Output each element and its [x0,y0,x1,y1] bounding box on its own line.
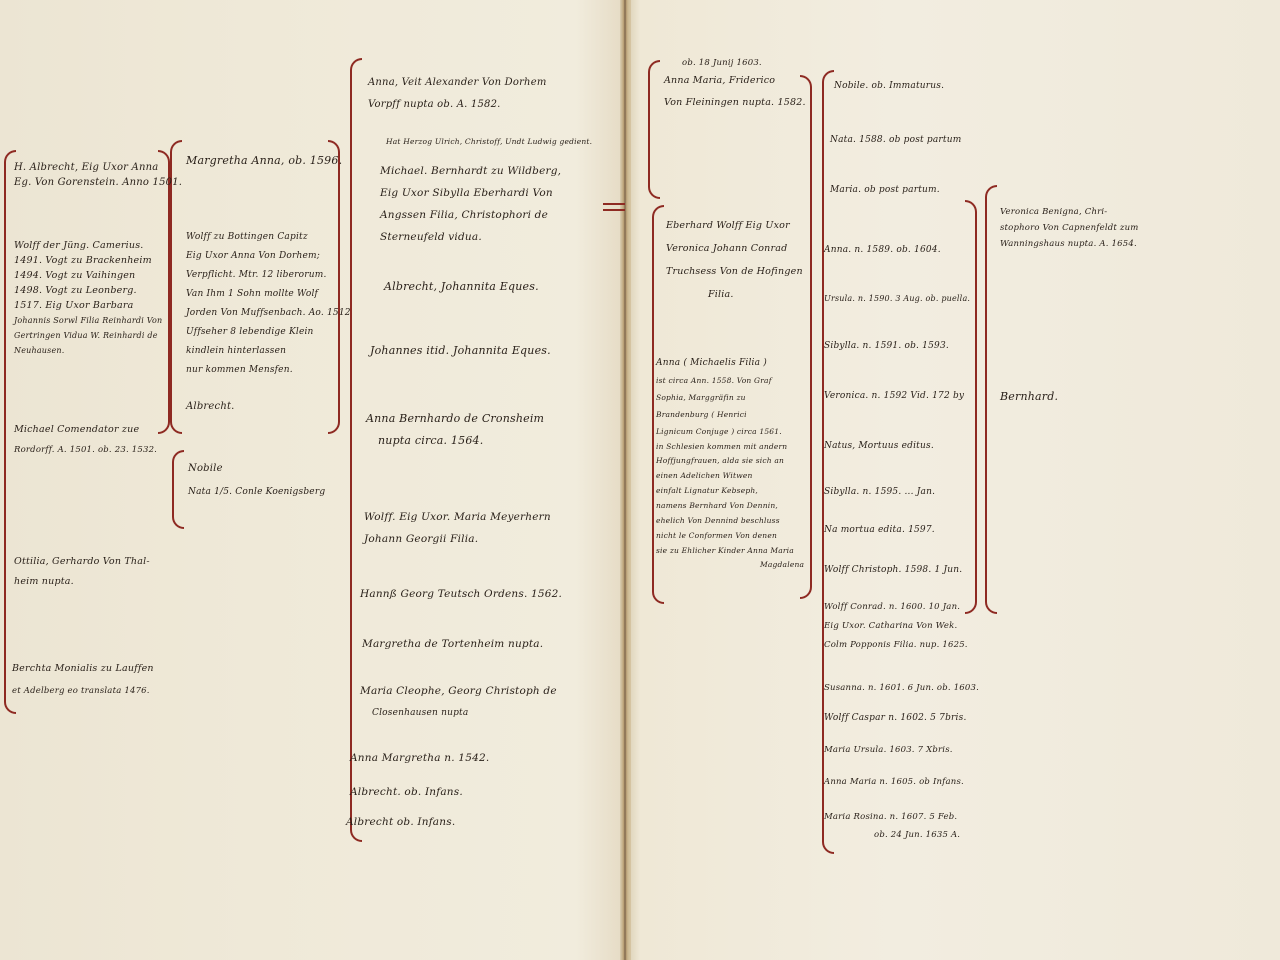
entry-bernhard: Bernhard. [1000,386,1120,407]
entry-anna-maria-1605: Anna Maria n. 1605. ob Infans. [824,772,984,793]
line: Na mortua edita. 1597. [824,520,974,541]
line: Uffseher 8 lebendige Klein [186,323,336,342]
line: heim nupta. [14,572,164,592]
entry-wolff-caspar: Wolff Caspar n. 1602. 5 7bris. [824,708,984,729]
line: Closenhausen nupta [360,702,610,724]
line: nupta circa. 1564. [366,430,606,452]
line: Maria. ob post partum. [830,180,980,201]
line: Maria Ursula. 1603. 7 Xbris. [824,740,984,761]
entry-susanna: Susanna. n. 1601. 6 Jun. ob. 1603. [824,678,984,699]
line: Wolff Christoph. 1598. 1 Jun. [824,560,984,581]
line: Von Fleiningen nupta. 1582. [664,92,824,114]
entry-sibylla-1591: Sibylla. n. 1591. ob. 1593. [824,336,974,357]
entry-anna-bernhardo: Anna Bernhardo de Cronsheim nupta circa.… [366,408,606,452]
entry-berchta: Berchta Monialis zu Lauffen et Adelberg … [12,658,162,702]
line: stophoro Von Capnenfeldt zum [1000,220,1180,236]
line: Natus, Mortuus editus. [824,436,974,457]
entry-ottilia: Ottilia, Gerhardo Von Thal- heim nupta. [14,552,164,592]
line: Angssen Filia, Christophori de [380,204,620,226]
line: Anna. n. 1589. ob. 1604. [824,240,974,261]
line: Colm Popponis Filia. nup. 1625. [824,636,984,655]
line: Truchsess Von de Hofingen [666,260,826,283]
entry-michael-comendator: Michael Comendator zue Rordorff. A. 1501… [14,420,164,460]
line: Rordorff. A. 1501. ob. 23. 1532. [14,440,164,460]
entry-anna-maria-friderico: ob. 18 Junij 1603. Anna Maria, Friderico… [664,56,824,114]
line: Johannis Sorwl Filia Reinhardi Von [14,313,164,328]
line: Wolff. Eig Uxor. Maria Meyerhern [364,506,614,528]
line: Susanna. n. 1601. 6 Jun. ob. 1603. [824,678,984,699]
entry-wolff-bottingen: Wolff zu Bottingen Capitz Eig Uxor Anna … [186,228,336,380]
entry-nobile: Nobile [188,458,338,479]
line: Nobile. ob. Immaturus. [834,76,984,97]
line: Anna Maria, Friderico [664,70,824,92]
brace-left-col2-lower [172,450,184,529]
line: Gertringen Vidua W. Reinhardi de [14,328,164,343]
line: ob. 18 Junij 1603. [664,56,824,70]
line: Van Ihm 1 Sohn mollte Wolf [186,285,336,304]
line: Bernhard. [1000,386,1120,407]
entry-albrecht-2: Albrecht. [186,396,336,417]
line: Veronica Johann Conrad [666,237,826,260]
brace-left-right-col3 [985,185,997,614]
line: 1491. Vogt zu Brackenheim [14,253,164,268]
line: ob. 24 Jun. 1635 A. [824,826,984,844]
line: 1517. Eig Uxor Barbara [14,298,164,313]
entry-michael-bernhardt: Michael. Bernhardt zu Wildberg, Eig Uxor… [380,160,620,248]
entry-nata-1588: Nata. 1588. ob post partum [830,130,980,151]
line: Sibylla. n. 1591. ob. 1593. [824,336,974,357]
line: Ottilia, Gerhardo Von Thal- [14,552,164,572]
line: Ursula. n. 1590. 3 Aug. ob. puella. [824,288,984,309]
line: Neuhausen. [14,343,164,358]
line: Sterneufeld vidua. [380,226,620,248]
entry-wolff-christoph: Wolff Christoph. 1598. 1 Jun. [824,560,984,581]
line: namens Bernhard Von Dennin, [656,498,816,513]
line: Johann Georgii Filia. [364,528,614,550]
entry-albrecht-johannita: Albrecht, Johannita Eques. [384,276,614,297]
line: Nata. 1588. ob post partum [830,130,980,151]
brace-left-right-col1-top [648,60,660,199]
entry-maria-rosina: Maria Rosina. n. 1607. 5 Feb. ob. 24 Jun… [824,808,984,844]
line: Margretha Anna, ob. 1596. [186,150,336,171]
entry-margretha-anna: Margretha Anna, ob. 1596. [186,150,336,171]
line: Michael. Bernhardt zu Wildberg, [380,160,620,182]
line: Maria Cleophe, Georg Christoph de [360,680,610,702]
brace-left-col3 [350,58,362,842]
line: Anna Margretha n. 1542. [350,748,600,769]
line: Albrecht ob. Infans. [346,812,596,833]
line: Wolff der Jüng. Camerius. [14,238,164,253]
line: Maria Rosina. n. 1607. 5 Feb. [824,808,984,826]
entry-maria-cleophe: Maria Cleophe, Georg Christoph de Closen… [360,680,610,724]
line: 1498. Vogt zu Leonberg. [14,283,164,298]
entry-anna-veit: Anna, Veit Alexander Von Dorhem Vorpff n… [368,72,608,116]
line: ist circa Ann. 1558. Von Graf [656,372,816,389]
entry-wolff-camerius: Wolff der Jüng. Camerius. 1491. Vogt zu … [14,238,164,358]
entry-veronica-benigna: Veronica Benigna, Chri- stophoro Von Cap… [1000,204,1180,252]
line: et Adelberg eo translata 1476. [12,680,162,702]
entry-na-mortua: Na mortua edita. 1597. [824,520,974,541]
line: Hannß Georg Teutsch Ordens. 1562. [360,584,610,605]
line: Wanningshaus nupta. A. 1654. [1000,236,1180,252]
brace-right-right-col2 [965,200,977,614]
line: Eig Uxor Anna Von Dorhem; [186,247,336,266]
line: Michael Comendator zue [14,420,164,440]
line: Margretha de Tortenheim nupta. [362,634,612,655]
line: einen Adelichen Witwen [656,468,816,483]
line: Jorden Von Muffsenbach. Ao. 1512 [186,304,336,323]
entry-margretha-tortenheim: Margretha de Tortenheim nupta. [362,634,612,655]
line: Anna Bernhardo de Cronsheim [366,408,606,430]
line: Veronica. n. 1592 Vid. 172 by [824,386,984,407]
line: Veronica Benigna, Chri- [1000,204,1180,220]
line: Hat Herzog Ulrich, Christoff, Undt Ludwi… [386,135,616,148]
line: kindlein hinterlassen [186,342,336,361]
line: Anna, Veit Alexander Von Dorhem [368,72,608,94]
entry-anna-margretha: Anna Margretha n. 1542. [350,748,600,769]
line: Nata 1/5. Conle Koenigsberg [188,482,338,503]
entry-albrecht-infans-2: Albrecht ob. Infans. [346,812,596,833]
line: Eig Uxor Sibylla Eberhardi Von [380,182,620,204]
entry-nata: Nata 1/5. Conle Koenigsberg [188,482,338,503]
entry-anna-michaelis: Anna ( Michaelis Filia ) ist circa Ann. … [656,355,816,571]
line: Berchta Monialis zu Lauffen [12,658,162,680]
line: Vorpff nupta ob. A. 1582. [368,94,608,116]
line: Wolff Caspar n. 1602. 5 7bris. [824,708,984,729]
spine-edge [628,0,631,960]
line: Hoffjungfrauen, alda sie sich an [656,453,816,468]
entry-natus-mortuus: Natus, Mortuus editus. [824,436,974,457]
line: ehelich Von Dennind beschluss [656,513,816,528]
entry-albrecht-infans-1: Albrecht. ob. Infans. [350,782,600,803]
line: Brandenburg ( Henrici [656,406,816,423]
entry-nobile-immaturus: Nobile. ob. Immaturus. [834,76,984,97]
line: Johannes itid. Johannita Eques. [370,340,600,361]
line: Albrecht. ob. Infans. [350,782,600,803]
entry-sibylla-1595: Sibylla. n. 1595. ... Jan. [824,482,974,503]
line: Anna Maria n. 1605. ob Infans. [824,772,984,793]
line: Nobile [188,458,338,479]
entry-maria-ursula: Maria Ursula. 1603. 7 Xbris. [824,740,984,761]
line: Wolff Conrad. n. 1600. 10 Jan. [824,598,984,617]
line: sie zu Ehlicher Kinder Anna Maria [656,543,816,558]
line: Eberhard Wolff Eig Uxor [666,214,826,237]
entry-ursula-1590: Ursula. n. 1590. 3 Aug. ob. puella. [824,288,984,309]
line: Wolff zu Bottingen Capitz [186,228,336,247]
line: Magdalena [656,558,816,571]
line: H. Albrecht, Eig Uxor Anna [14,160,164,175]
entry-johannes-johannita: Johannes itid. Johannita Eques. [370,340,600,361]
line: Albrecht. [186,396,336,417]
line: Verpflicht. Mtr. 12 liberorum. [186,266,336,285]
line: Sibylla. n. 1595. ... Jan. [824,482,974,503]
entry-wolff-conrad: Wolff Conrad. n. 1600. 10 Jan. Eig Uxor.… [824,598,984,655]
entry-note-gedient: Hat Herzog Ulrich, Christoff, Undt Ludwi… [386,135,616,148]
line: Sophia, Marggräfin zu [656,389,816,406]
line: Eig Uxor. Catharina Von Wek. [824,617,984,636]
line: 1494. Vogt zu Vaihingen [14,268,164,283]
line: Eg. Von Gorenstein. Anno 1501. [14,175,164,190]
line: Albrecht, Johannita Eques. [384,276,614,297]
line: Anna ( Michaelis Filia ) [656,355,816,372]
entry-veronica-1592: Veronica. n. 1592 Vid. 172 by [824,386,984,407]
entry-maria-post-partum: Maria. ob post partum. [830,180,980,201]
line: nicht le Conformen Von denen [656,528,816,543]
entry-wolff-maria-meyerhern: Wolff. Eig Uxor. Maria Meyerhern Johann … [364,506,614,550]
line: einfalt Lignatur Kebseph, [656,483,816,498]
line: Filia. [666,283,826,306]
entry-albrecht: H. Albrecht, Eig Uxor Anna Eg. Von Goren… [14,160,164,190]
entry-anna-1589: Anna. n. 1589. ob. 1604. [824,240,974,261]
line: in Schlesien kommen mit andern [656,440,816,453]
entry-hanns-georg: Hannß Georg Teutsch Ordens. 1562. [360,584,610,605]
entry-eberhard-wolff: Eberhard Wolff Eig Uxor Veronica Johann … [666,214,826,306]
line: Lignicum Conjuge ) circa 1561. [656,423,816,440]
line: nur kommen Mensfen. [186,361,336,380]
